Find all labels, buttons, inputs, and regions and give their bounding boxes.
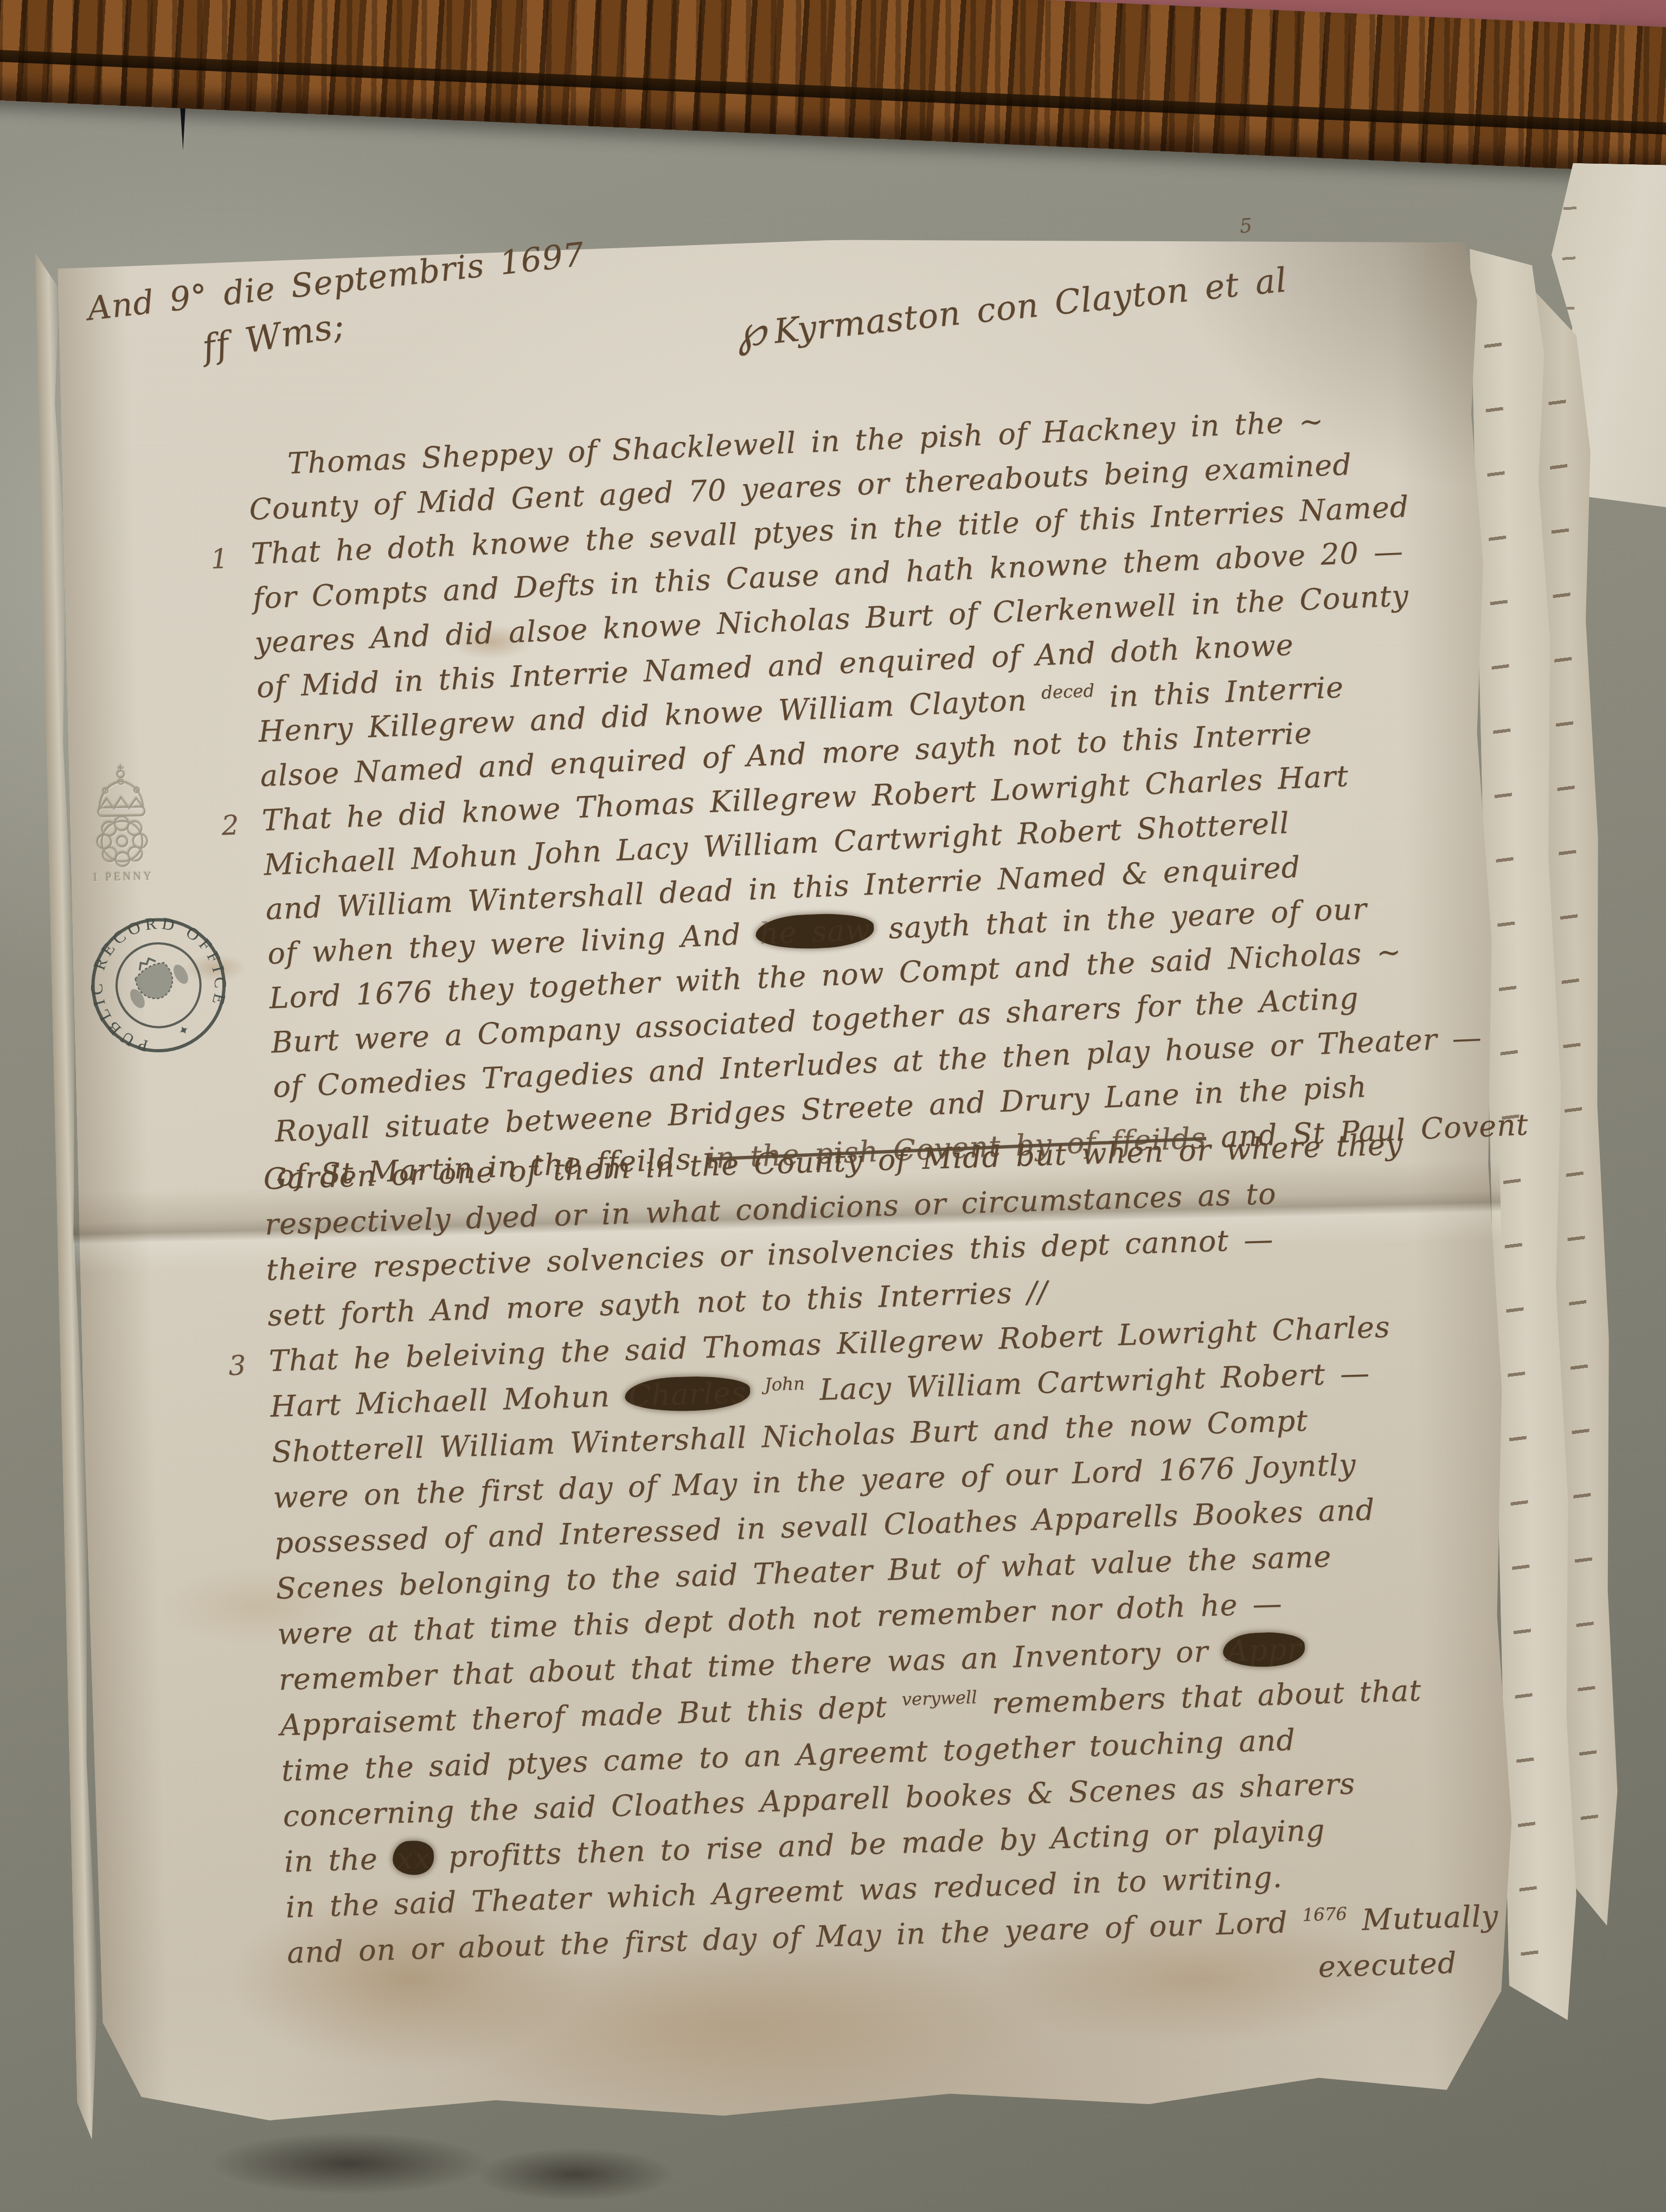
text-block-lower: Garden or one of them in the County of M… — [263, 1120, 1482, 2021]
paraph-flourish: ℘ — [734, 306, 768, 357]
archive-photo: { "header": { "date_line": "And 9° die S… — [0, 0, 1666, 2212]
paragraph-marker: 3 — [228, 1342, 247, 1388]
rose-icon — [101, 821, 143, 862]
text-block-upper: Thomas Sheppey of Shacklewell in the pis… — [247, 394, 1470, 1198]
embossed-duty-stamp: 1 PENNY — [82, 748, 161, 890]
paragraph-marker: 2 — [221, 802, 240, 847]
paragraph-marker: 1 — [210, 536, 229, 581]
folio-number: 5 — [1239, 214, 1254, 237]
manuscript-volume: And 9° die Septembris 1697 ff Wms; ℘Kyrm… — [35, 197, 1648, 2178]
pro-stamp-fleuron: ✦ — [176, 1021, 193, 1040]
embossed-stamp-value: 1 PENNY — [92, 870, 153, 884]
crown-icon — [95, 764, 148, 867]
